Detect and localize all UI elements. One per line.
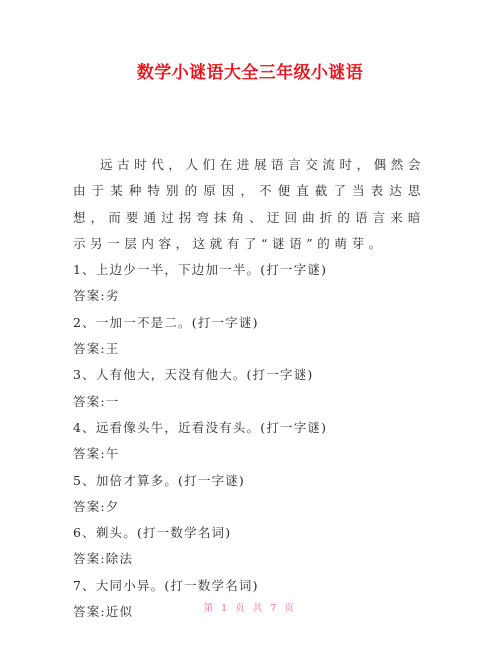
riddle-answer: 答案:夕 — [73, 494, 425, 520]
riddle-question: 4、远看像头牛，近看没有头。(打一字谜) — [73, 415, 425, 441]
document-title: 数学小谜语大全三年级小谜语 — [0, 60, 500, 86]
riddle-answer: 答案:王 — [73, 336, 425, 362]
riddle-question: 2、一加一不是二。(打一字谜) — [73, 310, 425, 336]
riddle-question: 3、人有他大，天没有他大。(打一字谜) — [73, 362, 425, 388]
riddle-question: 5、加倍才算多。(打一字谜) — [73, 468, 425, 494]
document-page: 数学小谜语大全三年级小谜语 远古时代，人们在进展语言交流时，偶然会由于某种特别的… — [0, 0, 500, 647]
riddle-question: 1、上边少一半，下边加一半。(打一字谜) — [73, 257, 425, 283]
riddle-question: 6、剃头。(打一数学名词) — [73, 520, 425, 546]
document-body: 远古时代，人们在进展语言交流时，偶然会由于某种特别的原因，不便直截了当表达思想，… — [73, 152, 425, 625]
riddle-answer: 答案:一 — [73, 389, 425, 415]
riddle-question: 7、大同小异。(打一数学名词) — [73, 573, 425, 599]
intro-paragraph: 远古时代，人们在进展语言交流时，偶然会由于某种特别的原因，不便直截了当表达思想，… — [73, 152, 425, 257]
riddle-answer: 答案:劣 — [73, 283, 425, 309]
riddle-answer: 答案:除法 — [73, 546, 425, 572]
page-number-footer: 第 1 页 共 7 页 — [0, 600, 500, 618]
riddle-answer: 答案:午 — [73, 441, 425, 467]
